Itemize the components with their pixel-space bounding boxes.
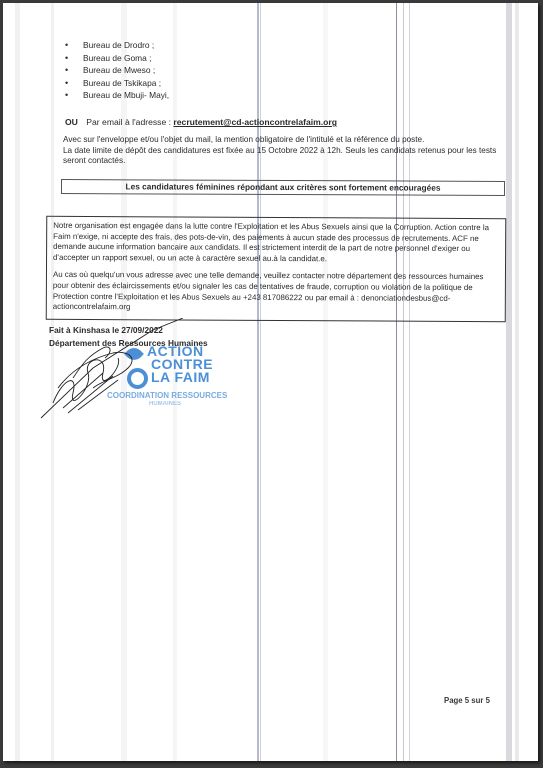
office-item: Bureau de Mbuji- Mayi, xyxy=(65,89,169,102)
instruction-line: Avec sur l'enveloppe et/ou l'objet du ma… xyxy=(63,135,508,146)
instructions: Avec sur l'enveloppe et/ou l'objet du ma… xyxy=(63,135,508,167)
policy-paragraph: Notre organisation est engagée dans la l… xyxy=(53,221,499,266)
notice-text: Les candidatures féminines répondant aux… xyxy=(62,180,504,195)
page-number: Page 5 sur 5 xyxy=(444,696,490,705)
email-label: Par email à l'adresse : xyxy=(86,117,171,127)
instruction-line: La date limite de dépôt des candidatures… xyxy=(63,146,508,167)
handwritten-signature-icon xyxy=(33,318,213,423)
notice-box: Les candidatures féminines répondant aux… xyxy=(61,179,505,196)
office-item: Bureau de Goma ; xyxy=(65,52,169,65)
or-label: OU xyxy=(65,117,78,127)
policy-paragraph: Au cas où quelqu'un vous adresse avec un… xyxy=(53,270,499,315)
office-item: Bureau de Mweso ; xyxy=(65,64,169,77)
policy-box: Notre organisation est engagée dans la l… xyxy=(46,216,507,322)
document-content: Bureau de Drodro ; Bureau de Goma ; Bure… xyxy=(3,3,538,761)
document-page: Bureau de Drodro ; Bureau de Goma ; Bure… xyxy=(3,3,538,761)
office-item: Bureau de Tskikapa ; xyxy=(65,77,169,90)
email-application-line: OU Par email à l'adresse : recrutement@c… xyxy=(65,117,337,127)
recruitment-email-link[interactable]: recrutement@cd-actioncontrelafaim.org xyxy=(173,117,337,127)
office-list: Bureau de Drodro ; Bureau de Goma ; Bure… xyxy=(65,39,169,102)
office-item: Bureau de Drodro ; xyxy=(65,39,169,52)
